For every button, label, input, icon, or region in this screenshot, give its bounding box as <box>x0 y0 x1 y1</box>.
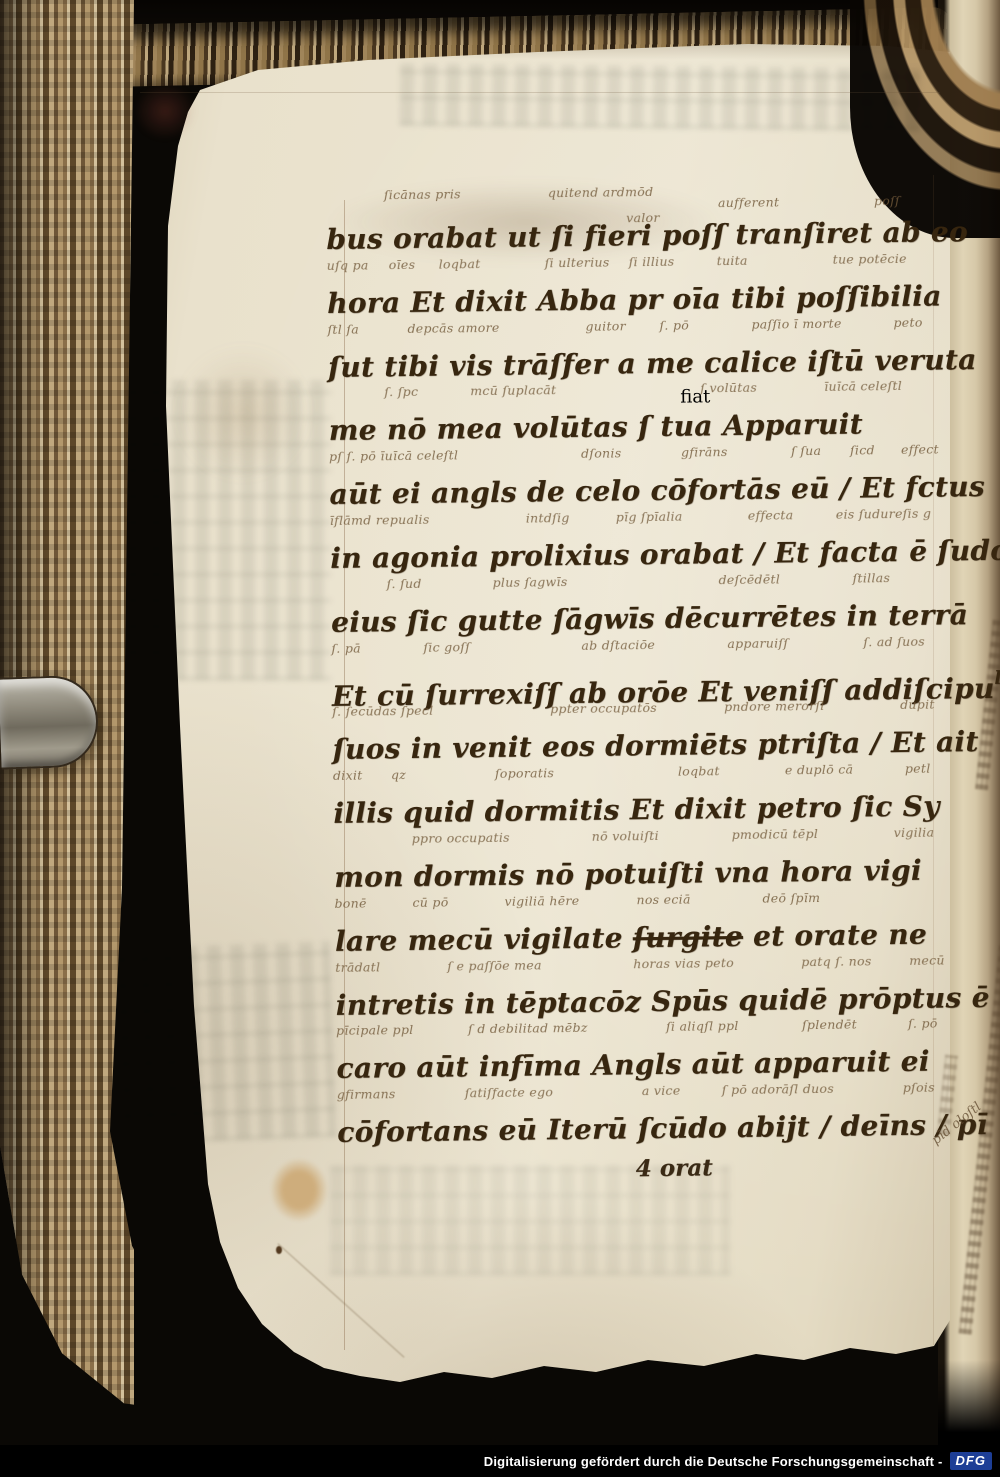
ghost-text-left-lower <box>115 941 337 1143</box>
interlinear-gloss: pſois <box>903 1080 935 1095</box>
interlinear-gloss: pmodicū tēpl <box>732 826 819 842</box>
manuscript-line: ſ. ſudplus ſagwīsdeſcēdētlſtillaseius ſi… <box>331 569 972 641</box>
interlinear-gloss: ſicānas pris <box>384 186 461 202</box>
interlinear-gloss: loqbat <box>678 763 720 779</box>
interlinear-gloss: aufferent <box>718 194 779 210</box>
interlinear-gloss: pīcipale ppl <box>336 1022 414 1038</box>
manuscript-line: ppro occupatisnō voluiſtipmodicū tēplvig… <box>334 824 975 896</box>
interlinear-gloss: trādatl <box>335 959 380 975</box>
interlinear-gloss: ab dſtaciōe <box>581 637 655 653</box>
interlinear-gloss: tue potēcie <box>833 251 907 267</box>
interlinear-gloss: gfirmans <box>337 1086 396 1102</box>
interlinear-gloss: intdſig <box>526 510 570 526</box>
main-text-line: cōfortans eū Iterū ſcūdo abijt / deīns /… <box>337 1105 988 1153</box>
interlinear-gloss: ſi ulterius <box>545 254 610 270</box>
interlinear-gloss: īflāmd repualis <box>330 512 430 528</box>
interlinear-gloss: īuīcā celeſtl <box>824 378 902 394</box>
interlinear-gloss: deſcēdētl <box>719 571 781 587</box>
interlinear-gloss: quitend ardmōd <box>548 184 654 200</box>
manuscript-line: trādatlſ e paſſōe meahoras vias petopatq… <box>335 952 976 1024</box>
credit-bar: Digitalisierung gefördert durch die Deut… <box>0 1445 1000 1477</box>
interlinear-gloss: uſq pa <box>327 257 369 273</box>
interlinear-gloss: cū pō <box>412 894 448 909</box>
interlinear-gloss: effect <box>901 442 939 457</box>
brown-spot-stain <box>270 1158 328 1222</box>
manuscript-line: ſ. ſpcmcū ſuplacātſ volūtasīuīcā celeſtl… <box>328 378 969 450</box>
interlinear-gloss: poſſ <box>874 193 900 208</box>
interlinear-gloss: gfirāns <box>681 444 728 460</box>
interlinear-gloss: horas vias peto <box>633 955 734 971</box>
interlinear-gloss: e duplō cā <box>785 762 854 778</box>
interlinear-gloss: ſtl ſa <box>327 321 359 336</box>
interlinear-gloss: oīes <box>389 257 416 272</box>
manuscript-line: īflāmd repualisintdſigpīg ſpīaliaeffecta… <box>330 505 971 577</box>
interlinear-gloss: ſ. ſecūdas ſpecl <box>332 703 434 719</box>
manuscript-line: ſ. pāſic goſſab dſtaciōeapparuiſſſ. ad ſ… <box>331 633 972 705</box>
interlinear-gloss: vigilia <box>894 825 935 840</box>
interlinear-gloss: ſplendēt <box>802 1017 857 1033</box>
interlinear-gloss: deō ſpīm <box>762 890 820 906</box>
margin-stain <box>178 348 308 478</box>
manuscript-photo: ſicānas prisquitend ardmōdaufferentpoſſv… <box>0 0 1000 1477</box>
interlinear-gloss: guitor <box>585 318 626 333</box>
interlinear-gloss: paſſio ī morte <box>751 315 841 331</box>
interlinear-gloss: peto <box>893 314 922 329</box>
interlinear-gloss: dupit <box>900 697 935 712</box>
interlinear-gloss: qz <box>391 767 406 782</box>
interlinear-gloss: mcū ſuplacāt <box>470 383 556 399</box>
interlinear-gloss: ſ d debilitad mēbz <box>468 1020 588 1036</box>
interlinear-gloss: ſ. pō <box>659 317 689 332</box>
interlinear-gloss: petl <box>905 761 931 776</box>
trailer-note: 4 orat <box>636 1154 713 1182</box>
interlinear-gloss: bonē <box>334 895 366 910</box>
interlinear-gloss: depcās amore <box>407 319 499 335</box>
interlinear-gloss: loqbat <box>439 256 481 272</box>
interlinear-gloss: apparuiſſ <box>727 635 788 651</box>
manuscript-line: pīcipale pplſ d debilitad mēbzſi aliqſl … <box>336 1015 977 1087</box>
interlinear-gloss: ſ. pā <box>331 640 361 655</box>
manuscript-line: gfirmansſatiſfacte egoa viceſ pō adorāſl… <box>337 1079 978 1151</box>
interlinear-gloss: dſonis <box>581 446 622 461</box>
interlinear-gloss: vigiliā hēre <box>504 893 579 909</box>
dfg-logo: DFG <box>950 1452 992 1470</box>
interlinear-gloss: tuita <box>717 253 748 268</box>
interlinear-gloss: effecta <box>748 507 794 523</box>
interlinear-gloss: ſoporatis <box>495 765 554 781</box>
credit-text: Digitalisierung gefördert durch die Deut… <box>484 1454 943 1469</box>
interlinear-gloss: ſ. ſud <box>387 576 422 591</box>
interlinear-gloss: pſ ſ. pō īuīcā celeſtl <box>329 448 458 465</box>
interlinear-gloss: ſi illius <box>629 253 675 269</box>
interlinear-gloss: ſ e paſſōe mea <box>447 957 542 973</box>
interlinear-gloss: ppter occupatōs <box>550 700 657 716</box>
interlinear-gloss: ſtillas <box>852 570 890 585</box>
interlinear-gloss: eis ſudureſis g <box>836 506 932 522</box>
interlinear-gloss: ſ. ſpc <box>384 384 418 399</box>
interlinear-gloss: pīg ſpīalia <box>616 509 683 525</box>
faint-folio-number <box>134 82 196 140</box>
manuscript-line: bonēcū pōvigiliā hērenos eciādeō ſpīmlar… <box>334 888 975 960</box>
interlinear-gloss: ſatiſfacte ego <box>465 1084 554 1100</box>
manuscript-line: ſ. ſecūdas ſpeclppter occupatōspndore me… <box>332 696 973 768</box>
interlinear-gloss: dixit <box>333 768 363 783</box>
interlinear-gloss: ſ. ad ſuos <box>863 633 925 649</box>
manuscript-line: pſ ſ. pō īuīcā celeſtldſonisgfirānsſ ſua… <box>329 441 970 513</box>
interlinear-gloss: a vice <box>642 1083 681 1098</box>
interlinear-gloss: plus ſagwīs <box>493 574 568 590</box>
interlinear-gloss: ſi aliqſl ppl <box>666 1018 739 1034</box>
manuscript-line: uſq paoīesloqbatſi ulteriusſi illiustuit… <box>327 250 968 322</box>
interlinear-gloss: ppro occupatis <box>412 830 510 846</box>
interlinear-gloss: nos eciā <box>636 891 690 907</box>
top-ruling-line <box>140 92 940 93</box>
interlinear-gloss: ſ. pō <box>908 1016 938 1031</box>
interlinear-gloss: ſ ſua <box>791 443 821 458</box>
manuscript-line: ſtl ſadepcās amoreguitorſ. pōpaſſio ī mo… <box>327 314 968 386</box>
interlinear-gloss: patq ſ. nos <box>801 953 872 969</box>
interlinear-gloss: ſic goſſ <box>423 639 470 655</box>
manuscript-line: ſicānas prisquitend ardmōdaufferentpoſſv… <box>326 186 967 258</box>
manuscript-line: dixitqzſoporatisloqbate duplō cāpetlilli… <box>333 760 974 832</box>
interlinear-gloss: ſicd <box>850 442 875 457</box>
interlinear-gloss: nō voluiſti <box>592 828 659 844</box>
interlinear-gloss: ſ pō adorāſl duos <box>722 1081 834 1097</box>
text-block: ſicānas prisquitend ardmōdaufferentpoſſv… <box>326 186 978 1204</box>
interlinear-gloss: mecū <box>909 952 945 967</box>
ghost-text-top <box>400 63 921 130</box>
interlinear-gloss: pndore merorſl <box>724 698 825 714</box>
